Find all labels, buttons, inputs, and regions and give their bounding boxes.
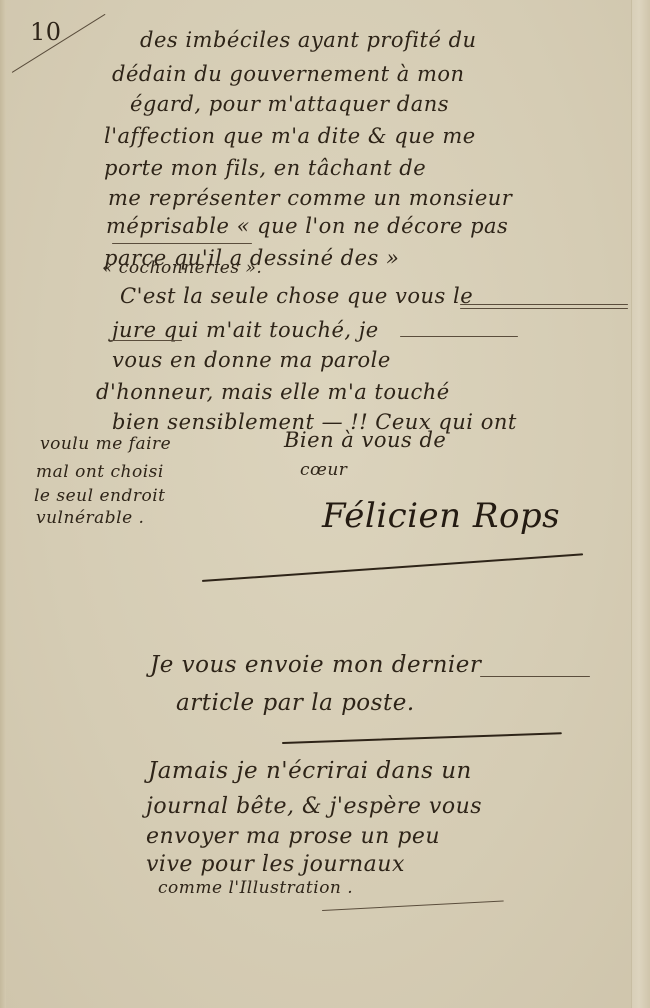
letter-line-7: méprisable « que l'on ne décore pas [106,214,508,238]
letter-line-13: d'honneur, mais elle m'a touché [96,380,450,404]
letter-line-11: jure qui m'ait touché, je [112,318,379,342]
page-right-edge [631,0,650,1008]
letter-line-12: vous en donne ma parole [112,348,391,372]
letter-line-4: l'affection que m'a dite & que me [104,124,476,148]
page-number: 10 [30,18,62,46]
letter-line-10: C'est la seule chose que vous le [120,284,473,308]
closing-line-2: cœur [300,460,347,480]
underline-que-vous-2 [460,308,628,309]
underline-dernier [480,676,590,677]
letter-line-9: « cochonneries ». [102,258,262,278]
letter-line-3: égard, pour m'attaquer dans [130,92,449,116]
underline-parce-quil [112,243,252,244]
underline-touche [400,336,518,337]
postscript2-line-3: envoyer ma prose un peu [146,824,440,849]
postscript2-line-2: journal bête, & j'espère vous [146,794,482,819]
letter-line-17: le seul endroit [34,486,166,506]
underline-jure [110,340,182,341]
letter-line-6: me représenter comme un monsieur [108,186,512,210]
letter-line-15: voulu me faire [40,434,171,454]
letter-line-16: mal ont choisi [36,462,164,482]
signature: Félicien Rops [322,496,560,536]
postscript-divider [282,732,562,744]
signature-flourish [202,553,583,582]
postscript2-line-1: Jamais je n'écrirai dans un [148,758,472,784]
underline-que-vous [460,304,628,305]
letter-line-18: vulnérable . [36,508,144,528]
postscript-line-1: Je vous envoie mon dernier [150,652,481,678]
closing-divider [322,900,504,911]
postscript2-line-4: vive pour les journaux [146,852,405,877]
letter-line-2: dédain du gouvernement à mon [112,62,465,86]
letter-line-5: porte mon fils, en tâchant de [104,156,426,180]
letter-line-1: des imbéciles ayant profité du [140,28,477,52]
closing-line-1: Bien à vous de [284,428,446,452]
page-left-edge [0,0,6,1008]
manuscript-page: 10 des imbéciles ayant profité du dédain… [0,0,650,1008]
postscript-line-2: article par la poste. [176,690,415,716]
postscript2-line-5: comme l'Illustration . [158,878,353,898]
